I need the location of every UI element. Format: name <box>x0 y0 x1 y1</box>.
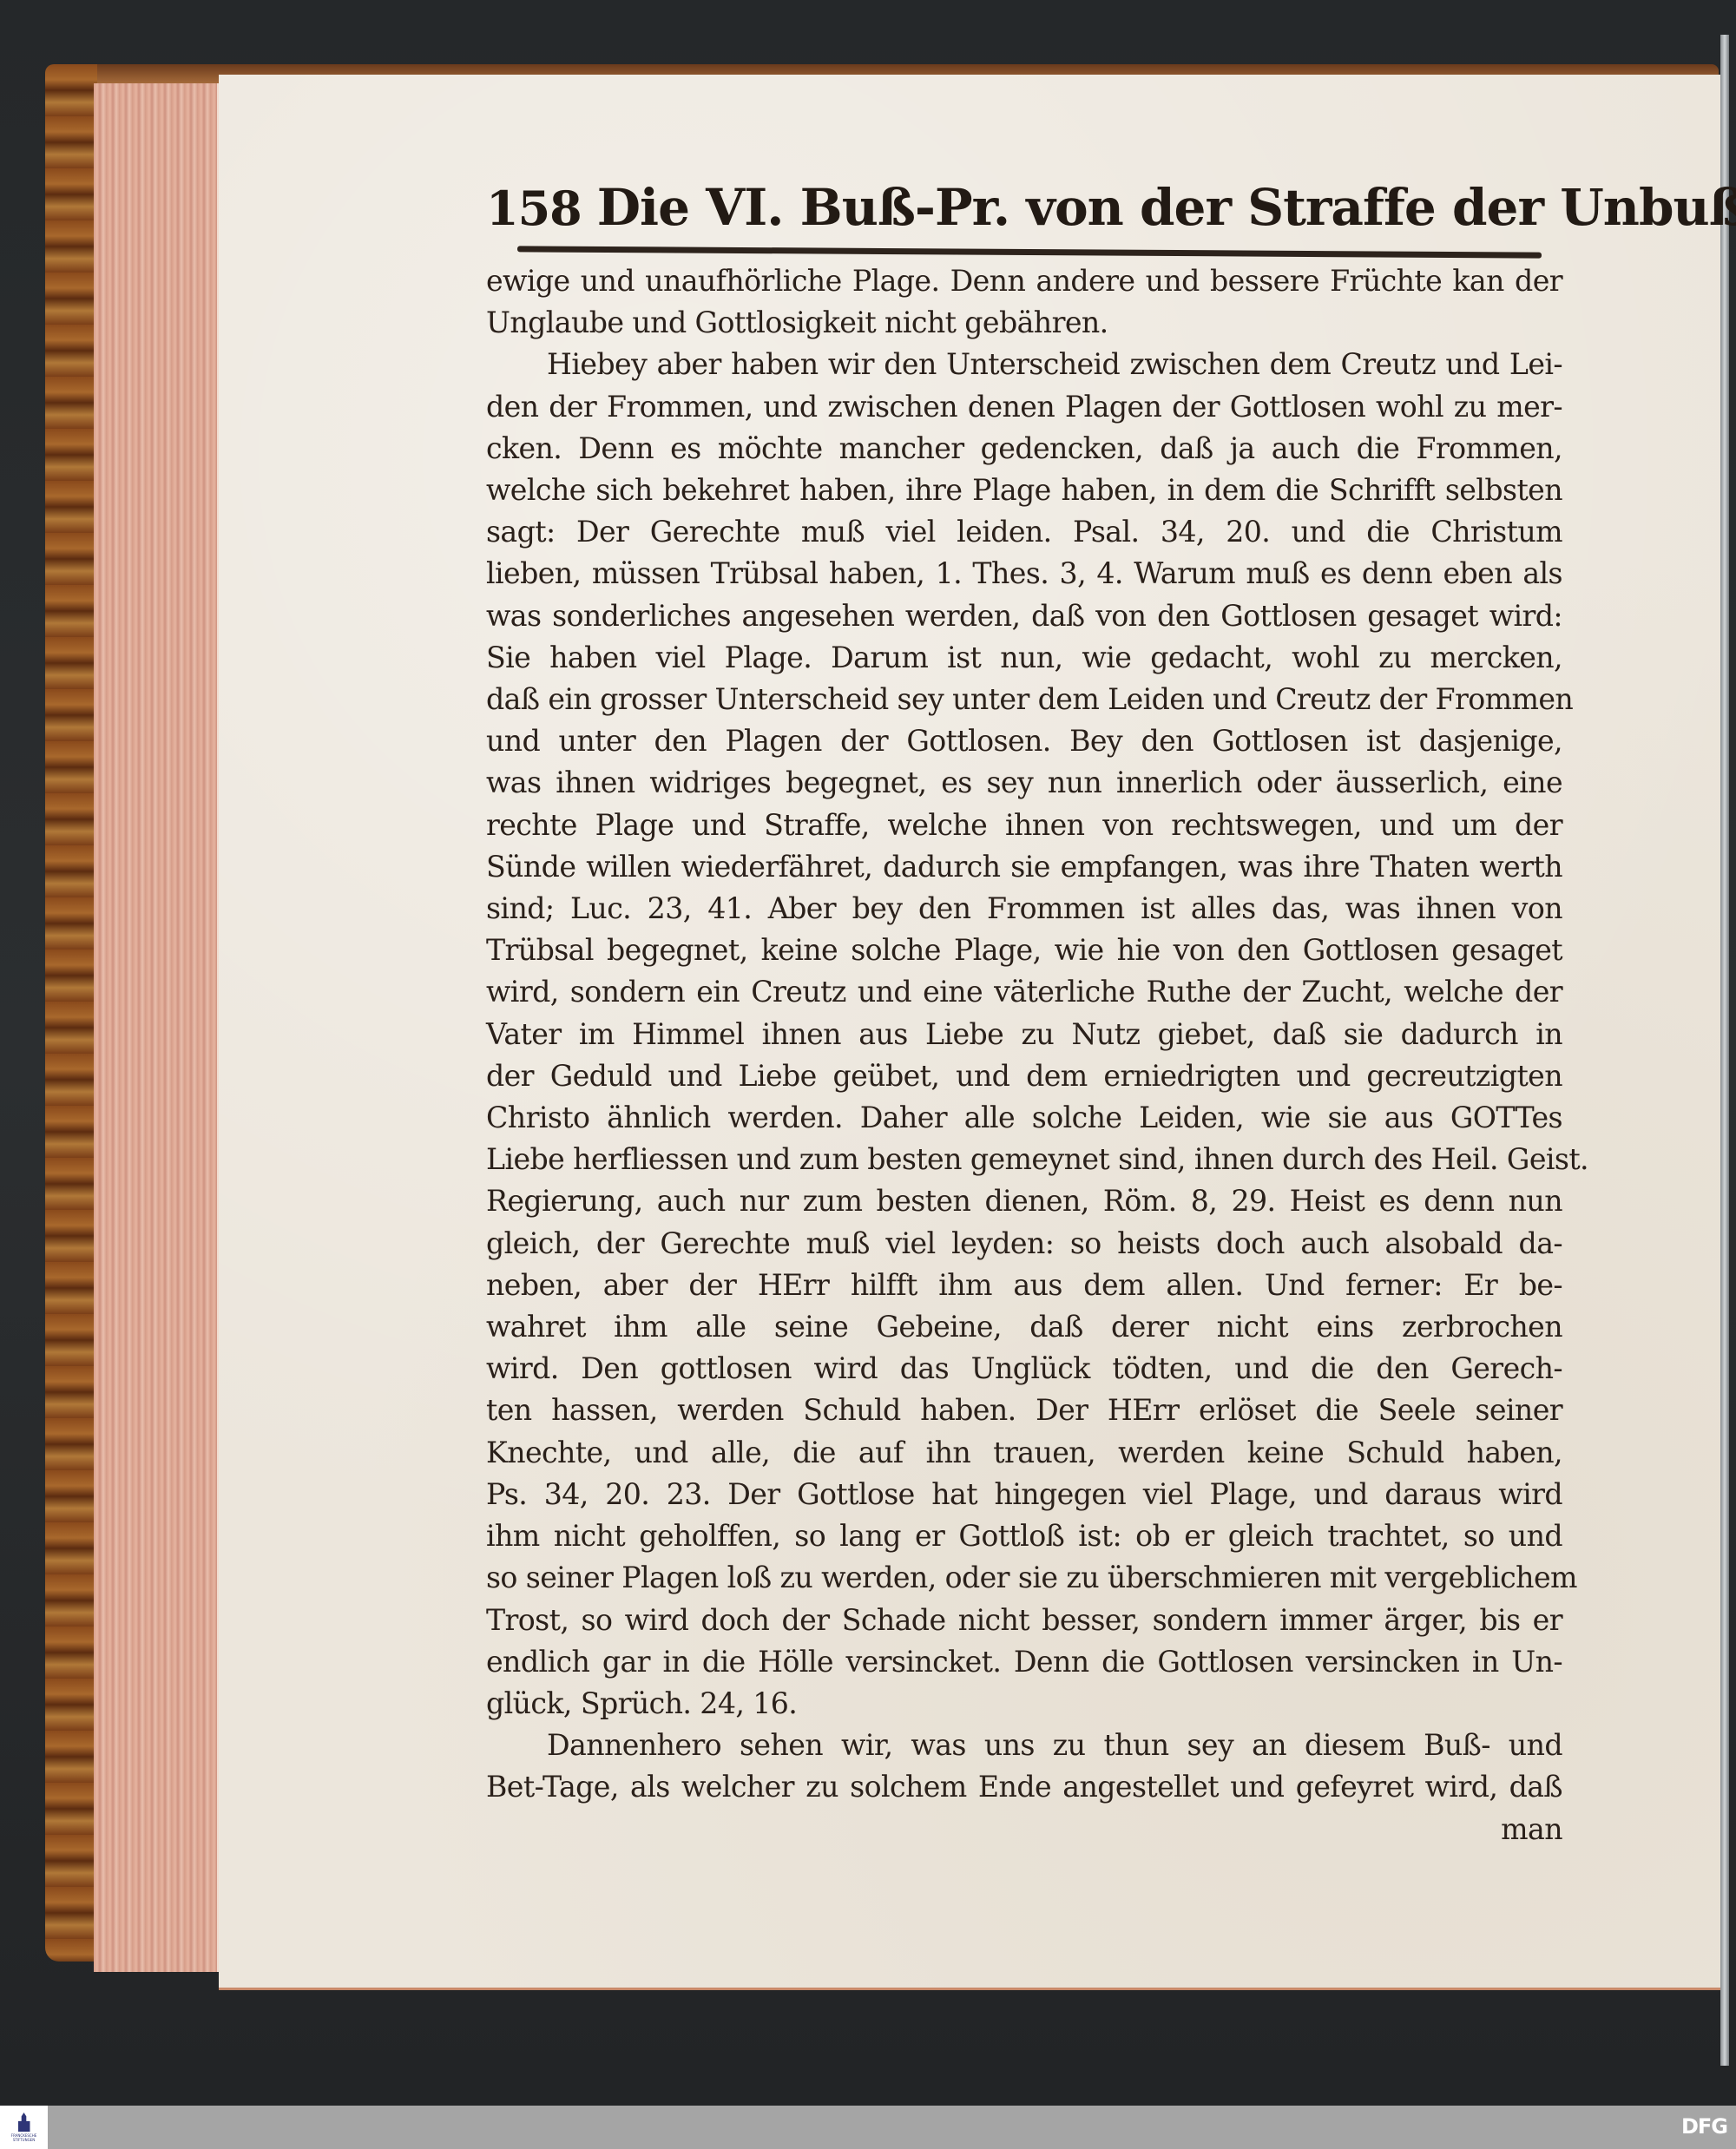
scanner-glass-edge <box>1720 35 1729 2066</box>
page-text-block: 158 Die VI. Buß-Pr. von der Straffe der … <box>486 174 1562 1850</box>
text-line: Sünde willen wiederfähret, dadurch sie e… <box>486 846 1562 888</box>
text-line: sind; Luc. 23, 41. Aber bey den Frommen … <box>486 888 1562 930</box>
francke-foundation-logo[interactable]: FRANCKESCHE STIFTUNGEN <box>0 2106 48 2149</box>
text-line: den der Frommen, und zwischen denen Plag… <box>486 386 1562 428</box>
text-line: gleich, der Gerechte muß viel leyden: so… <box>486 1223 1562 1265</box>
text-line: neben, aber der HErr hilfft ihm aus dem … <box>486 1265 1562 1306</box>
running-title: Die VI. Buß-Pr. von der Straffe der Unbu… <box>597 174 1736 241</box>
text-line: cken. Denn es möchte mancher gedencken, … <box>486 428 1562 470</box>
text-line: ten hassen, werden Schuld haben. Der HEr… <box>486 1390 1562 1431</box>
text-line: wird, sondern ein Creutz und eine väterl… <box>486 971 1562 1013</box>
text-line: was ihnen widriges begegnet, es sey nun … <box>486 762 1562 804</box>
text-line: ihm nicht geholffen, so lang er Gottloß … <box>486 1515 1562 1557</box>
text-line: Knechte, und alle, die auf ihn trauen, w… <box>486 1432 1562 1474</box>
text-line: Liebe herfliessen und zum besten gemeyne… <box>486 1139 1562 1180</box>
viewer-footer-bar: FRANCKESCHE STIFTUNGEN DFG <box>0 2106 1736 2149</box>
running-head: 158 Die VI. Buß-Pr. von der Straffe der … <box>486 174 1562 242</box>
text-line: endlich gar in die Hölle versincket. Den… <box>486 1641 1562 1683</box>
text-line: welche sich bekehret haben, ihre Plage h… <box>486 470 1562 511</box>
text-line: lieben, müssen Trübsal haben, 1. Thes. 3… <box>486 553 1562 595</box>
text-line: glück, Sprüch. 24, 16. <box>486 1683 1562 1725</box>
text-line: Dannenhero sehen wir, was uns zu thun se… <box>486 1725 1562 1766</box>
text-line: sagt: Der Gerechte muß viel leiden. Psal… <box>486 511 1562 553</box>
text-line: ewige und unaufhörliche Plage. Denn ande… <box>486 260 1562 302</box>
text-line: Vater im Himmel ihnen aus Liebe zu Nutz … <box>486 1014 1562 1055</box>
building-icon <box>18 2113 30 2132</box>
book-cover-spine-edge <box>45 64 97 1962</box>
text-line: Trost, so wird doch der Schade nicht bes… <box>486 1600 1562 1641</box>
text-line: Bet-Tage, als welcher zu solchem Ende an… <box>486 1766 1562 1808</box>
text-line: was sonderliches angesehen werden, daß v… <box>486 595 1562 637</box>
body-text: ewige und unaufhörliche Plage. Denn ande… <box>486 260 1562 1850</box>
text-line: so seiner Plagen loß zu werden, oder sie… <box>486 1557 1562 1599</box>
text-line: der Geduld und Liebe geübet, und dem ern… <box>486 1055 1562 1097</box>
page-stack-edges <box>94 83 220 1972</box>
page-number: 158 <box>486 174 582 242</box>
text-line: Ps. 34, 20. 23. Der Gottlose hat hingege… <box>486 1474 1562 1515</box>
text-line: Hiebey aber haben wir den Unterscheid zw… <box>486 344 1562 385</box>
text-line: Trübsal begegnet, keine solche Plage, wi… <box>486 930 1562 971</box>
text-line: Sie haben viel Plage. Darum ist nun, wie… <box>486 637 1562 679</box>
dfg-logo[interactable]: DFG <box>1681 2114 1727 2139</box>
text-line: und unter den Plagen der Gottlosen. Bey … <box>486 720 1562 762</box>
text-line: wahret ihm alle seine Gebeine, daß derer… <box>486 1306 1562 1348</box>
text-line: rechte Plage und Straffe, welche ihnen v… <box>486 805 1562 846</box>
text-line: Unglaube und Gottlosigkeit nicht gebähre… <box>486 302 1562 344</box>
text-line: daß ein grosser Unterscheid sey unter de… <box>486 679 1562 720</box>
text-line: wird. Den gottlosen wird das Unglück töd… <box>486 1348 1562 1390</box>
catchword: man <box>486 1809 1562 1850</box>
text-line: Regierung, auch nur zum besten dienen, R… <box>486 1180 1562 1222</box>
text-line: Christo ähnlich werden. Daher alle solch… <box>486 1097 1562 1139</box>
header-rule <box>517 246 1542 258</box>
francke-logo-caption: FRANCKESCHE STIFTUNGEN <box>0 2133 48 2142</box>
